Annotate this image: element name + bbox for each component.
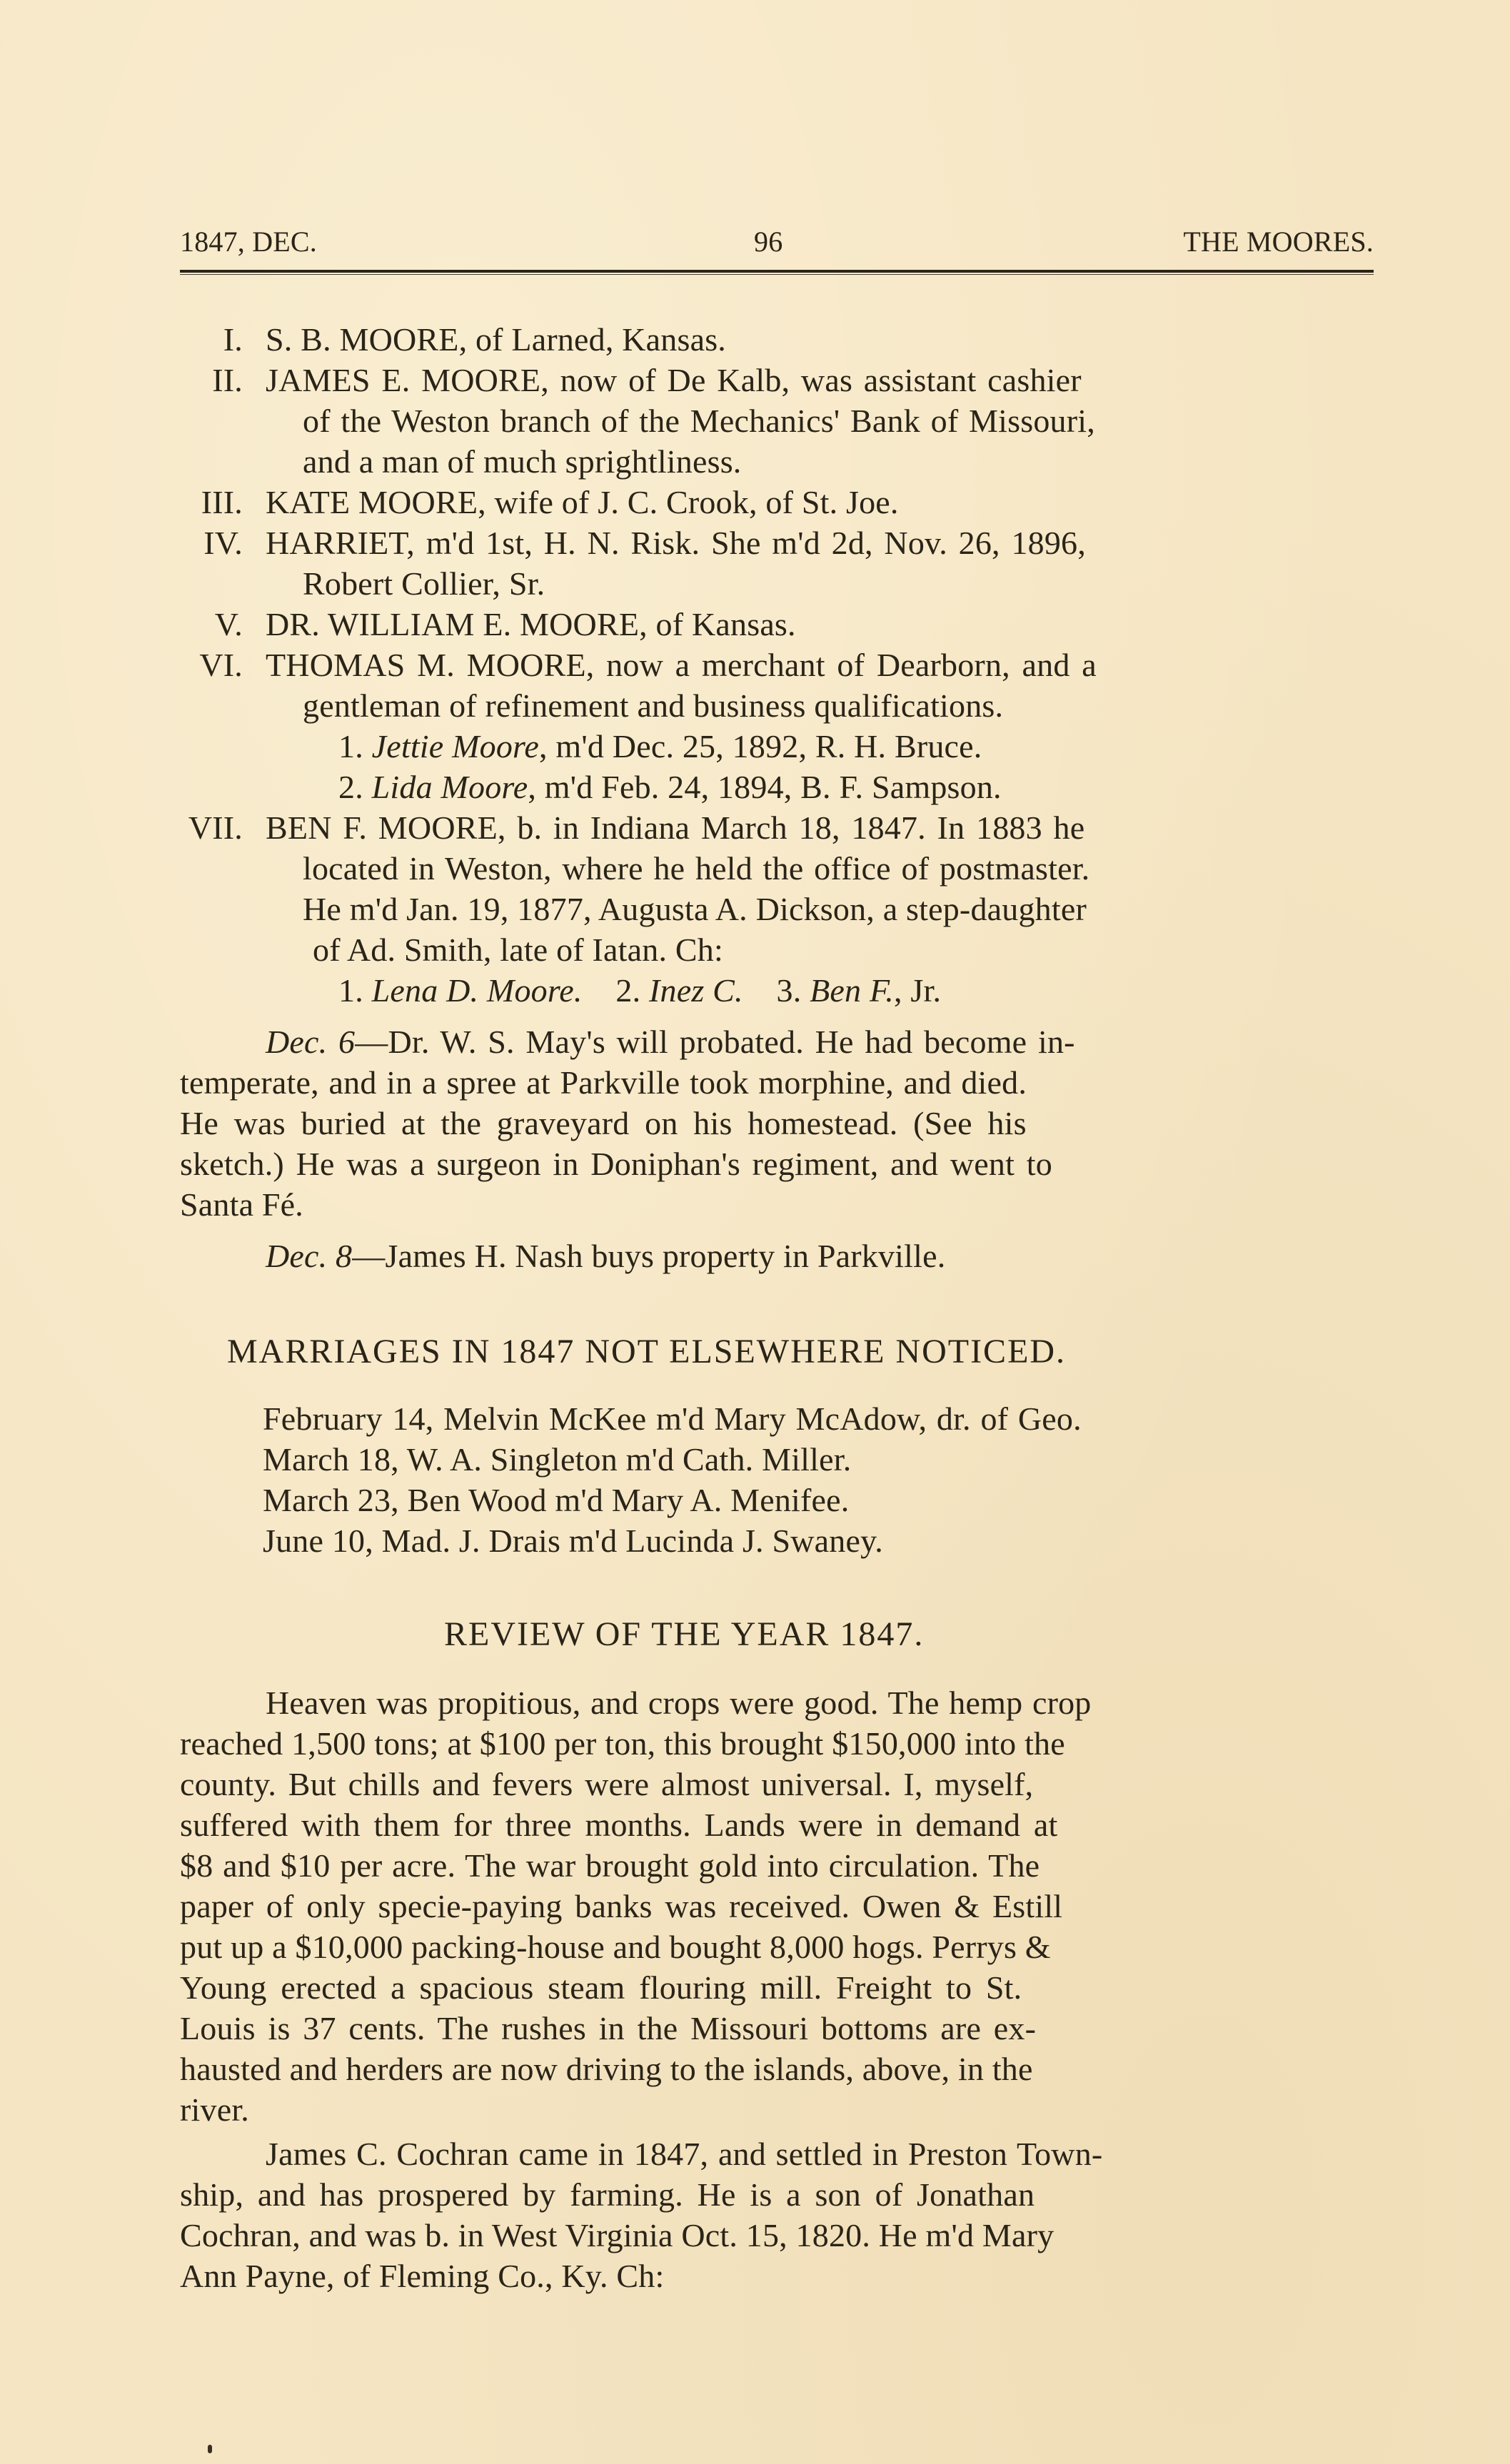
grandchild-number: 1. bbox=[338, 972, 363, 1009]
grandchild-name: Jettie Moore bbox=[372, 728, 539, 764]
grandchild-number: 2. bbox=[338, 769, 363, 805]
entry-text: —James H. Nash buys property in Parkvill… bbox=[352, 1238, 945, 1274]
numeral: II. bbox=[186, 360, 243, 400]
entry-line: temperate, and in a spree at Parkville t… bbox=[180, 1063, 1027, 1103]
grandchild-entry: 2. Lida Moore, m'd Feb. 24, 1894, B. F. … bbox=[338, 767, 1002, 807]
review-line: James C. Cochran came in 1847, and settl… bbox=[266, 2134, 1102, 2174]
review-line: Heaven was propitious, and crops were go… bbox=[266, 1683, 1092, 1723]
numeral: III. bbox=[178, 483, 243, 522]
entry-line: Dec. 8—James H. Nash buys property in Pa… bbox=[266, 1236, 945, 1276]
review-line: reached 1,500 tons; at $100 per ton, thi… bbox=[180, 1724, 1065, 1764]
page-number: 96 bbox=[754, 224, 782, 260]
child-entry-line: Robert Collier, Sr. bbox=[303, 564, 545, 604]
child-entry-line: and a man of much sprightliness. bbox=[303, 442, 742, 482]
entry-line: Santa Fé. bbox=[180, 1185, 303, 1225]
child-entry-line: gentleman of refinement and business qua… bbox=[303, 686, 1003, 726]
numeral: I. bbox=[186, 320, 243, 360]
marriage-item: February 14, Melvin McKee m'd Mary McAdo… bbox=[263, 1399, 1082, 1439]
child-entry-line: THOMAS M. MOORE, now a merchant of Dearb… bbox=[266, 645, 1097, 685]
entry-date: Dec. 6 bbox=[266, 1024, 355, 1060]
child-entry-line: of Ad. Smith, late of Iatan. Ch: bbox=[313, 930, 723, 970]
section-heading-review: REVIEW OF THE YEAR 1847. bbox=[444, 1615, 924, 1655]
section-heading-marriages: MARRIAGES IN 1847 NOT ELSEWHERE NOTICED. bbox=[227, 1332, 1066, 1372]
entry-line: He was buried at the graveyard on his ho… bbox=[180, 1104, 1027, 1143]
review-line: Louis is 37 cents. The rushes in the Mis… bbox=[180, 2009, 1036, 2049]
review-line: river. bbox=[180, 2090, 249, 2130]
review-line: ship, and has prospered by farming. He i… bbox=[180, 2175, 1035, 2215]
marriage-item: March 18, W. A. Singleton m'd Cath. Mill… bbox=[263, 1440, 851, 1480]
grandchild-name: Lida Moore bbox=[372, 769, 528, 805]
running-header-left: 1847, DEC. bbox=[180, 224, 317, 260]
review-line: $8 and $10 per acre. The war brought gol… bbox=[180, 1846, 1040, 1886]
entry-line: Dec. 6—Dr. W. S. May's will probated. He… bbox=[266, 1022, 1075, 1062]
child-entry-line: of the Weston branch of the Mechanics' B… bbox=[303, 401, 1095, 441]
grandchild-entry: 1. Jettie Moore, m'd Dec. 25, 1892, R. H… bbox=[338, 727, 982, 767]
child-entry-line: HARRIET, m'd 1st, H. N. Risk. She m'd 2d… bbox=[266, 523, 1086, 563]
review-line: Young erected a spacious steam flouring … bbox=[180, 1968, 1022, 2008]
grandchild-number: 1. bbox=[338, 728, 363, 764]
grandchild-number: 3. bbox=[777, 972, 802, 1009]
header-rule-thin bbox=[180, 274, 1374, 275]
numeral: IV. bbox=[178, 523, 243, 563]
numeral: VI. bbox=[178, 645, 243, 685]
child-entry-line: BEN F. MOORE, b. in Indiana March 18, 18… bbox=[266, 808, 1084, 848]
header-rule bbox=[180, 270, 1374, 273]
entry-line: sketch.) He was a surgeon in Doniphan's … bbox=[180, 1144, 1052, 1184]
grandchild-number: 2. bbox=[615, 972, 640, 1009]
numeral: VII. bbox=[178, 808, 243, 848]
entry-date: Dec. 8 bbox=[266, 1238, 352, 1274]
child-entry-line: KATE MOORE, wife of J. C. Crook, of St. … bbox=[266, 483, 899, 522]
ink-speck bbox=[208, 2445, 212, 2453]
book-page: 1847, DEC. 96 THE MOORES. I. S. B. MOORE… bbox=[0, 0, 1510, 2464]
child-entry-line: DR. WILLIAM E. MOORE, of Kansas. bbox=[266, 605, 796, 645]
review-line: Ann Payne, of Fleming Co., Ky. Ch: bbox=[180, 2256, 664, 2296]
grandchild-detail: , m'd Dec. 25, 1892, R. H. Bruce. bbox=[539, 728, 982, 764]
review-line: paper of only specie-paying banks was re… bbox=[180, 1887, 1062, 1927]
review-line: Cochran, and was b. in West Virginia Oct… bbox=[180, 2216, 1054, 2256]
entry-text: —Dr. W. S. May's will probated. He had b… bbox=[355, 1024, 1074, 1060]
review-line: hausted and herders are now driving to t… bbox=[180, 2049, 1033, 2089]
review-line: suffered with them for three months. Lan… bbox=[180, 1805, 1058, 1845]
grandchild-name: Inez C. bbox=[649, 972, 743, 1009]
marriage-item: March 23, Ben Wood m'd Mary A. Menifee. bbox=[263, 1480, 850, 1520]
child-entry-line: S. B. MOORE, of Larned, Kansas. bbox=[266, 320, 726, 360]
review-line: county. But chills and fevers were almos… bbox=[180, 1764, 1033, 1804]
grandchildren-row: 1. Lena D. Moore. 2. Inez C. 3. Ben F., … bbox=[338, 971, 941, 1011]
marriage-item: June 10, Mad. J. Drais m'd Lucinda J. Sw… bbox=[263, 1521, 883, 1561]
running-header-right: THE MOORES. bbox=[1115, 224, 1374, 260]
review-line: put up a $10,000 packing-house and bough… bbox=[180, 1927, 1051, 1967]
grandchild-name: Lena D. Moore. bbox=[372, 972, 583, 1009]
grandchild-detail: , Jr. bbox=[894, 972, 941, 1009]
child-entry-line: JAMES E. MOORE, now of De Kalb, was assi… bbox=[266, 360, 1082, 400]
grandchild-name: Ben F. bbox=[810, 972, 894, 1009]
child-entry-line: located in Weston, where he held the off… bbox=[303, 849, 1089, 889]
child-entry-line: He m'd Jan. 19, 1877, Augusta A. Dickson… bbox=[303, 889, 1087, 929]
grandchild-detail: , m'd Feb. 24, 1894, B. F. Sampson. bbox=[528, 769, 1001, 805]
numeral: V. bbox=[186, 605, 243, 645]
